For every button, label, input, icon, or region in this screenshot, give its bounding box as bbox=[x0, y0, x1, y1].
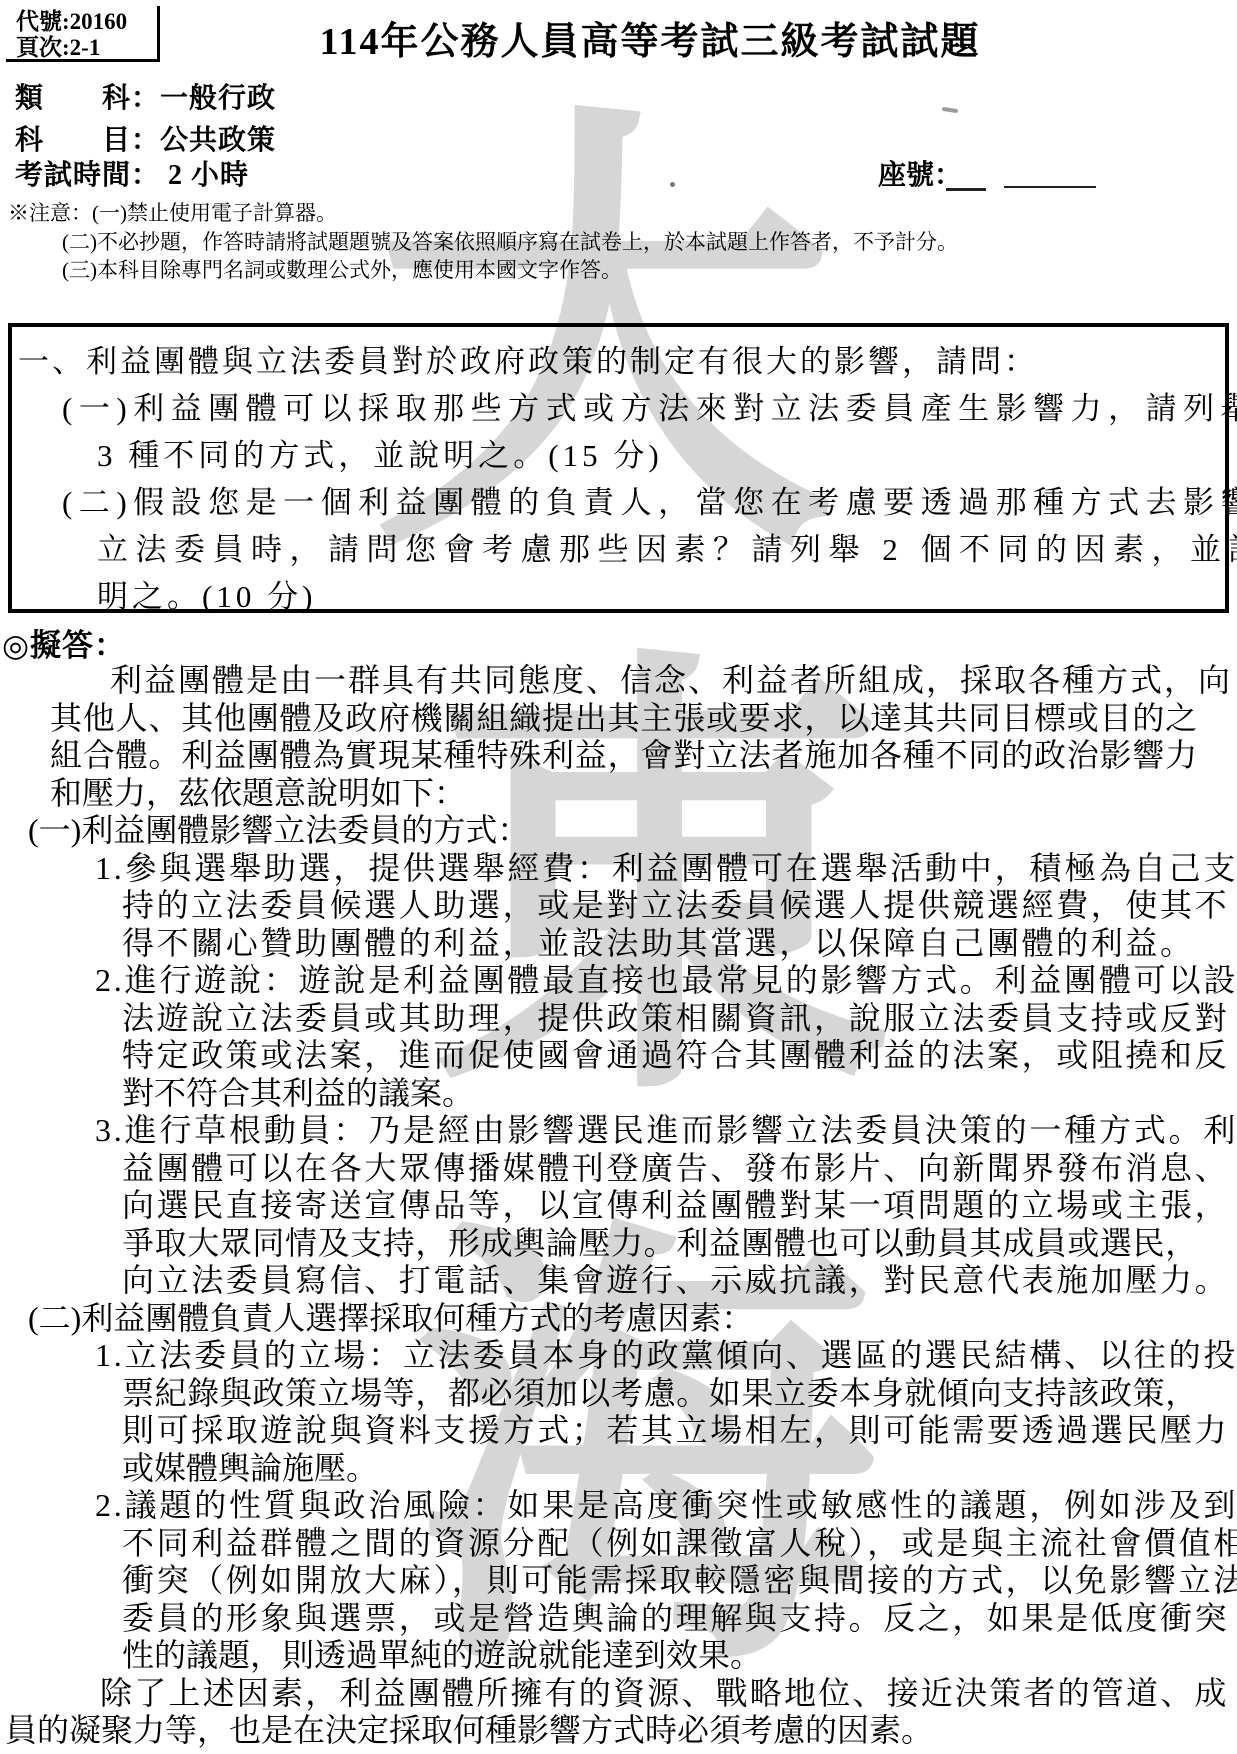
answer-line: 特定政策或法案，進而促使國會通過符合其團體利益的法案，或阻撓和反 bbox=[122, 1037, 1237, 1075]
answer-line: 不同利益群體之間的資源分配（例如課徵富人稅），或是與主流社會價值相 bbox=[122, 1525, 1237, 1563]
exam-title: 114年公務人員高等考試三級考試試題 bbox=[160, 10, 1140, 65]
answer-line: 對不符合其利益的議案。 bbox=[122, 1075, 1237, 1113]
question-line: 立法委員時，請問您會考慮那些因素？請列舉 2 個不同的因素，並說 bbox=[97, 526, 1225, 573]
answer-line: 爭取大眾同情及支持，形成輿論壓力。利益團體也可以動員其成員或選民， bbox=[122, 1225, 1237, 1263]
document-content: 代號:20160 頁次:2-1 114年公務人員高等考試三級考試試題 類 科：一… bbox=[0, 0, 1237, 1754]
answer-section-1-heading: (一)利益團體影響立法委員的方式： bbox=[28, 812, 1237, 850]
answer-line: 其他人、其他團體及政府機關組織提出其主張或要求，以達其共同目標或目的之 bbox=[50, 700, 1237, 738]
answer-line: 衝突（例如開放大麻），則可能需採取較隱密與間接的方式，以免影響立法 bbox=[122, 1562, 1237, 1600]
notice-item-1: (一)禁止使用電子計算器。 bbox=[92, 201, 337, 225]
answer-line: 則可採取遊說與資料支援方式；若其立場相左，則可能需要透過選民壓力 bbox=[122, 1412, 1237, 1450]
answer-line: 組合體。利益團體為實現某種特殊利益，會對立法者施加各種不同的政治影響力 bbox=[50, 737, 1237, 775]
answer-line: 3.進行草根動員：乃是經由影響選民進而影響立法委員決策的一種方式。利 bbox=[95, 1112, 1237, 1150]
answer-line: 2.議題的性質與政治風險：如果是高度衝突性或敏感性的議題，例如涉及到 bbox=[95, 1487, 1237, 1525]
answer-line: 2.進行遊說：遊說是利益團體最直接也最常見的影響方式。利益團體可以設 bbox=[95, 962, 1237, 1000]
answer-line: 票紀錄與政策立場等，都必須加以考慮。如果立委本身就傾向支持該政策， bbox=[122, 1375, 1237, 1413]
answer-line: 向立法委員寫信、打電話、集會遊行、示威抗議，對民意代表施加壓力。 bbox=[122, 1262, 1237, 1300]
answer-line: 和壓力，茲依題意說明如下： bbox=[50, 775, 1237, 813]
answer-line: 委員的形象與選票，或是營造輿論的理解與支持。反之，如果是低度衝突 bbox=[122, 1600, 1237, 1638]
notice-line-1: ※注意：(一)禁止使用電子計算器。 bbox=[8, 199, 958, 228]
scan-speck bbox=[670, 182, 675, 187]
scan-speck bbox=[942, 107, 958, 113]
exam-code: 代號:20160 bbox=[16, 9, 157, 35]
answer-line: 利益團體是由一群具有共同態度、信念、利益者所組成，採取各種方式，向 bbox=[110, 662, 1237, 700]
answer-section-2-heading: (二)利益團體負責人選擇採取何種方式的考慮因素： bbox=[28, 1300, 1237, 1338]
answer-line: 法遊說立法委員或其助理，提供政策相關資訊，說服立法委員支持或反對 bbox=[122, 1000, 1237, 1038]
answer-line: 得不關心贊助團體的利益，並設法助其當選，以保障自己團體的利益。 bbox=[122, 925, 1237, 963]
question-line: 明之。(10 分) bbox=[97, 573, 1225, 620]
category-line: 類 科：一般行政 bbox=[15, 76, 276, 116]
notice-item-3: (三)本科目除專門名詞或數理公式外，應使用本國文字作答。 bbox=[62, 256, 958, 285]
draft-answer-body: 利益團體是由一群具有共同態度、信念、利益者所組成，採取各種方式，向 其他人、其他… bbox=[0, 662, 1237, 1750]
answer-line: 1.立法委員的立場：立法委員本身的政黨傾向、選區的選民結構、以往的投 bbox=[95, 1337, 1237, 1375]
answer-line: 1.參與選舉助選，提供選舉經費：利益團體可在選舉活動中，積極為自己支 bbox=[95, 850, 1237, 888]
question-line: 一、利益團體與立法委員對於政府政策的制定有很大的影響，請問： bbox=[18, 338, 1225, 385]
seat-number-blank-short bbox=[946, 164, 986, 191]
subject-line: 科 目：公共政策 bbox=[15, 118, 276, 158]
answer-line: 除了上述因素，利益團體所擁有的資源、戰略地位、接近決策者的管道、成 bbox=[100, 1675, 1237, 1713]
question-line: 3 種不同的方式，並說明之。(15 分) bbox=[97, 432, 1225, 479]
answer-line: 或媒體輿論施壓。 bbox=[122, 1450, 1237, 1488]
exam-code-box: 代號:20160 頁次:2-1 bbox=[6, 6, 160, 62]
question-line: (二)假設您是一個利益團體的負責人，當您在考慮要透過那種方式去影響 bbox=[62, 479, 1225, 526]
question-line: (一)利益團體可以採取那些方式或方法來對立法委員產生影響力，請列舉 bbox=[62, 385, 1225, 432]
exam-time-line: 考試時間： 2 小時 bbox=[15, 153, 249, 193]
notice-prefix: ※注意： bbox=[8, 201, 92, 225]
notice-item-2: (二)不必抄題，作答時請將試題題號及答案依照順序寫在試卷上，於本試題上作答者，不… bbox=[62, 228, 958, 257]
question-box: 一、利益團體與立法委員對於政府政策的制定有很大的影響，請問： (一)利益團體可以… bbox=[8, 323, 1229, 613]
notice-block: ※注意：(一)禁止使用電子計算器。 (二)不必抄題，作答時請將試題題號及答案依照… bbox=[8, 199, 958, 285]
answer-line: 向選民直接寄送宣傳品等，以宣傳利益團體對某一項問題的立場或主張， bbox=[122, 1187, 1237, 1225]
answer-line: 性的議題，則透過單純的遊說就能達到效果。 bbox=[122, 1637, 1237, 1675]
answer-line: 員的凝聚力等，也是在決定採取何種影響方式時必須考慮的因素。 bbox=[5, 1712, 1237, 1750]
seat-number-blank-long bbox=[1004, 164, 1096, 188]
exam-paper-page: 大 東 海 代號:20160 頁次:2-1 114年公務人員高等考試三級考試試題… bbox=[0, 0, 1237, 1754]
answer-line: 益團體可以在各大眾傳播媒體刊登廣告、發布影片、向新聞界發布消息、 bbox=[122, 1150, 1237, 1188]
draft-answer-heading: ◎擬答： bbox=[2, 620, 126, 665]
page-number: 頁次:2-1 bbox=[16, 35, 157, 61]
answer-line: 持的立法委員候選人助選，或是對立法委員候選人提供競選經費，使其不 bbox=[122, 887, 1237, 925]
